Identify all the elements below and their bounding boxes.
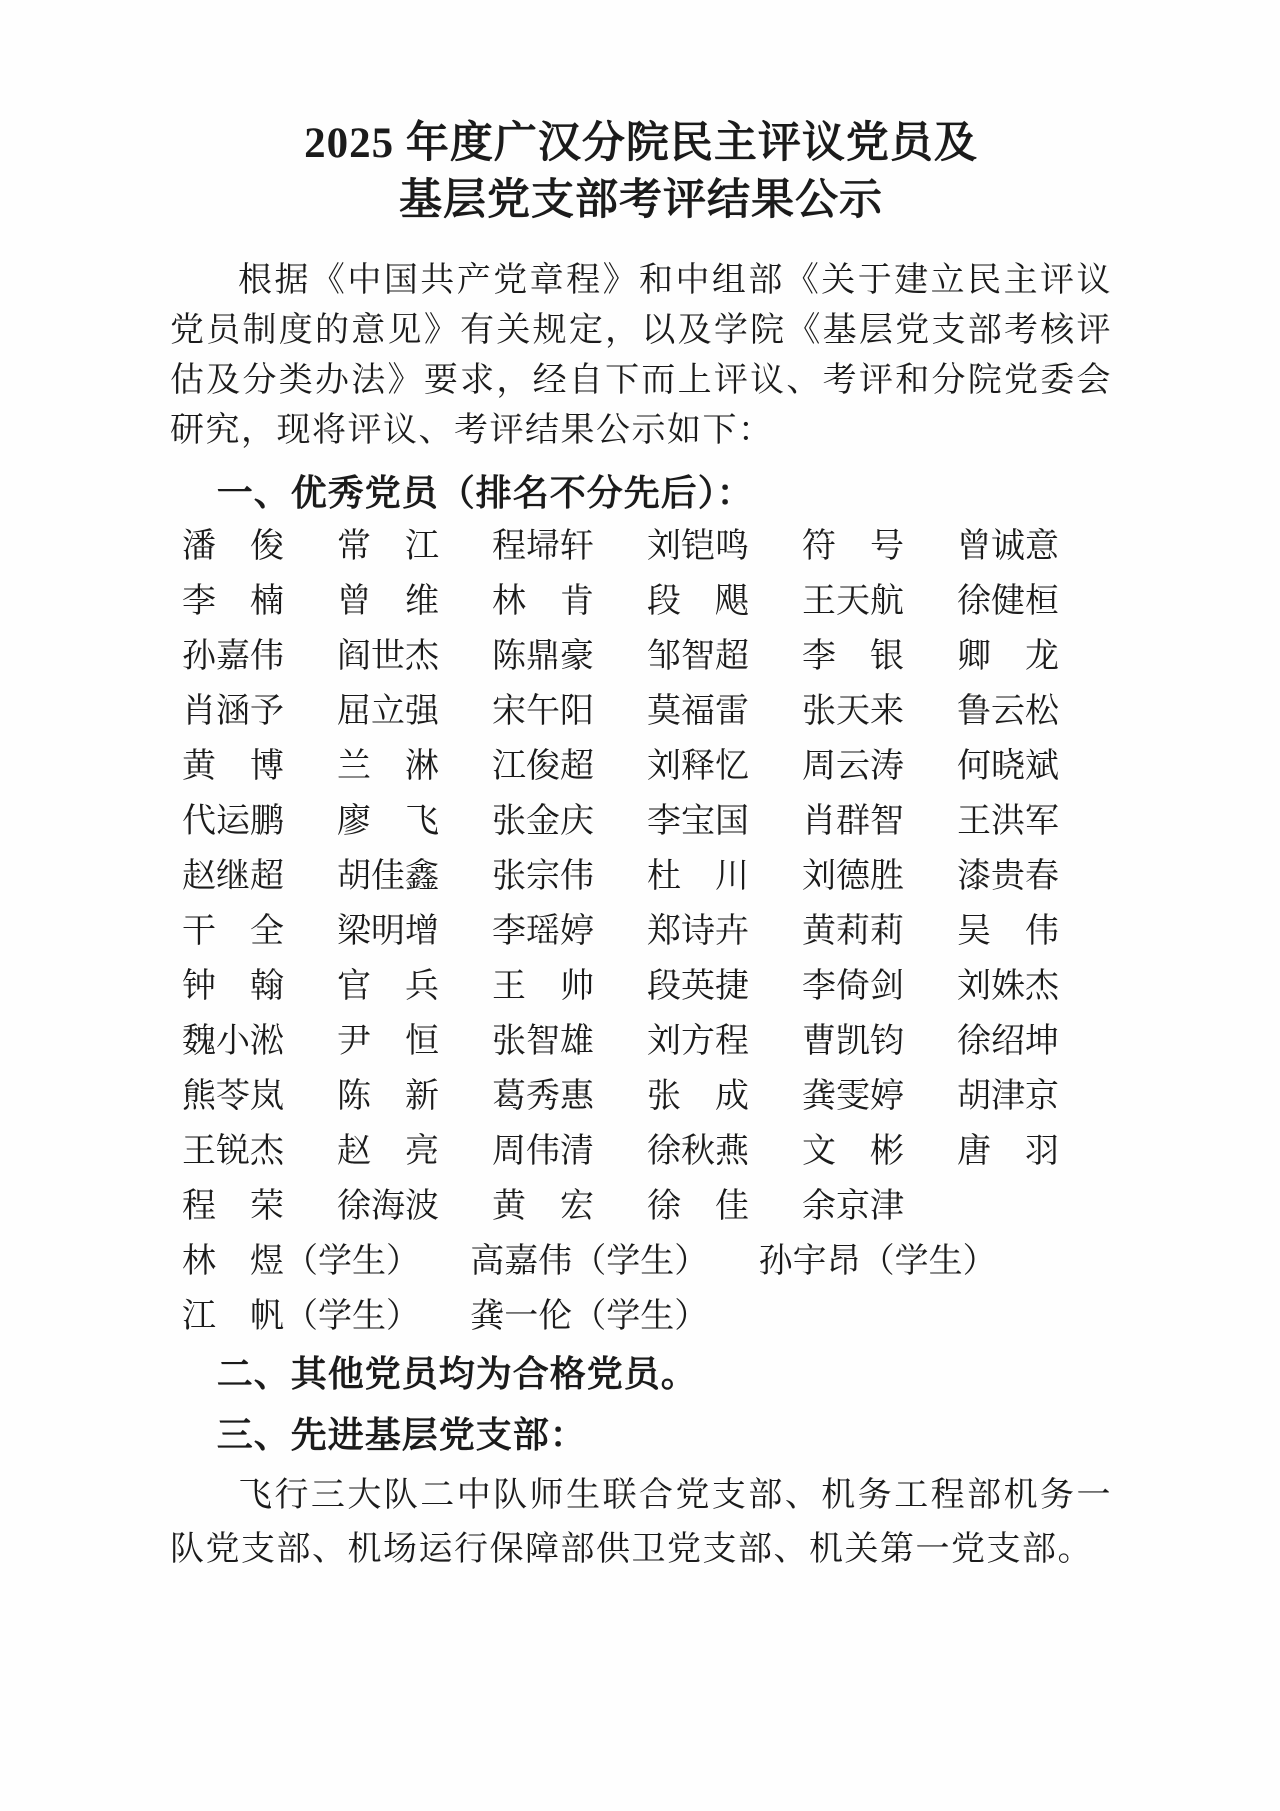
name-row: 肖涵予屈立强宋午阳莫福雷张天来鲁云松: [182, 691, 1112, 732]
member-name: 屈立强: [337, 691, 492, 732]
name-row: 赵继超胡佳鑫张宗伟杜 川刘德胜漆贵春: [182, 856, 1112, 897]
member-name: 莫福雷: [647, 691, 802, 732]
advanced-branches-paragraph: 飞行三大队二中队师生联合党支部、机务工程部机务一队党支部、机场运行保障部供卫党支…: [170, 1469, 1112, 1577]
member-name: 张天来: [802, 691, 957, 732]
member-name: 刘释忆: [647, 746, 802, 787]
member-name: 胡佳鑫: [337, 856, 492, 897]
name-row: 魏小淞尹 恒张智雄刘方程曹凯钧徐绍坤: [182, 1021, 1112, 1062]
member-name: 段 飓: [647, 581, 802, 622]
member-name: 干 全: [182, 911, 337, 952]
member-name: 熊苓岚: [182, 1076, 337, 1117]
member-name: 林 肯: [492, 581, 647, 622]
member-name: 黄 博: [182, 746, 337, 787]
member-name: 廖 飞: [337, 801, 492, 842]
member-name: 程埽轩: [492, 526, 647, 567]
member-name: 张智雄: [492, 1021, 647, 1062]
member-name: 赵 亮: [337, 1131, 492, 1172]
member-name: 魏小淞: [182, 1021, 337, 1062]
member-name: 徐健桓: [957, 581, 1112, 622]
member-name: 李瑶婷: [492, 911, 647, 952]
member-name: 郑诗卉: [647, 911, 802, 952]
member-name: 孙嘉伟: [182, 636, 337, 677]
member-name: 代运鹏: [182, 801, 337, 842]
member-name: 王洪军: [957, 801, 1112, 842]
member-name: 张 成: [647, 1076, 802, 1117]
member-name: 宋午阳: [492, 691, 647, 732]
member-name: 赵继超: [182, 856, 337, 897]
name-row: 李 楠曾 维林 肯段 飓王天航徐健桓: [182, 581, 1112, 622]
document-title: 2025 年度广汉分院民主评议党员及 基层党支部考评结果公示: [170, 116, 1112, 230]
intro-paragraph: 根据《中国共产党章程》和中组部《关于建立民主评议党员制度的意见》有关规定，以及学…: [170, 256, 1112, 456]
name-row: 熊苓岚陈 新葛秀惠张 成龚雯婷胡津京: [182, 1076, 1112, 1117]
member-name: 林 煜（学生）: [182, 1241, 470, 1282]
name-row: 王锐杰赵 亮周伟清徐秋燕文 彬唐 羽: [182, 1131, 1112, 1172]
member-name: 王 帅: [492, 966, 647, 1007]
member-name: 刘方程: [647, 1021, 802, 1062]
name-row: 干 全梁明增李瑶婷郑诗卉黄莉莉吴 伟: [182, 911, 1112, 952]
member-name: 文 彬: [802, 1131, 957, 1172]
name-row: 孙嘉伟阎世杰陈鼎豪邹智超李 银卿 龙: [182, 636, 1112, 677]
member-name: 曾 维: [337, 581, 492, 622]
member-name: 余京津: [802, 1186, 957, 1227]
name-row: 潘 俊常 江程埽轩刘铠鸣符 号曾诚意: [182, 526, 1112, 567]
member-name: 陈 新: [337, 1076, 492, 1117]
member-name: 王锐杰: [182, 1131, 337, 1172]
name-row: 钟 翰官 兵王 帅段英捷李倚剑刘姝杰: [182, 966, 1112, 1007]
member-name: 潘 俊: [182, 526, 337, 567]
member-name: 鲁云松: [957, 691, 1112, 732]
name-row: 黄 博兰 淋江俊超刘释忆周云涛何晓斌: [182, 746, 1112, 787]
name-row: 程 荣徐海波黄 宏徐 佳余京津: [182, 1186, 1112, 1227]
member-name: 刘铠鸣: [647, 526, 802, 567]
member-name: 王天航: [802, 581, 957, 622]
member-name: 梁明增: [337, 911, 492, 952]
member-name: 肖涵予: [182, 691, 337, 732]
member-name: 葛秀惠: [492, 1076, 647, 1117]
member-name: 卿 龙: [957, 636, 1112, 677]
member-name: 刘德胜: [802, 856, 957, 897]
member-name: 黄 宏: [492, 1186, 647, 1227]
section-qualified-heading: 二、其他党员均为合格党员。: [170, 1351, 1112, 1398]
member-name: 江俊超: [492, 746, 647, 787]
name-row: 林 煜（学生）高嘉伟（学生）孙宇昂（学生）: [182, 1241, 1112, 1282]
member-name: 曹凯钧: [802, 1021, 957, 1062]
member-name: 李倚剑: [802, 966, 957, 1007]
document-page: 2025 年度广汉分院民主评议党员及 基层党支部考评结果公示 根据《中国共产党章…: [0, 0, 1280, 1811]
name-row: 江 帆（学生）龚一伦（学生）: [182, 1296, 1112, 1337]
member-name: 李 银: [802, 636, 957, 677]
member-name: 黄莉莉: [802, 911, 957, 952]
member-name: 兰 淋: [337, 746, 492, 787]
member-name: 邹智超: [647, 636, 802, 677]
member-name: 徐海波: [337, 1186, 492, 1227]
member-name: 官 兵: [337, 966, 492, 1007]
member-name: 刘姝杰: [957, 966, 1112, 1007]
member-name: 孙宇昂（学生）: [759, 1241, 1112, 1282]
member-name: 胡津京: [957, 1076, 1112, 1117]
title-line-1: 2025 年度广汉分院民主评议党员及: [304, 120, 978, 167]
member-name: 陈鼎豪: [492, 636, 647, 677]
excellent-members-list: 潘 俊常 江程埽轩刘铠鸣符 号曾诚意李 楠曾 维林 肯段 飓王天航徐健桓孙嘉伟阎…: [182, 526, 1112, 1337]
member-name: 周云涛: [802, 746, 957, 787]
title-line-2: 基层党支部考评结果公示: [399, 177, 883, 224]
member-name: 龚一伦（学生）: [470, 1296, 758, 1337]
member-name: 张金庆: [492, 801, 647, 842]
section-excellent-heading: 一、优秀党员（排名不分先后）：: [170, 470, 1112, 517]
member-name: 漆贵春: [957, 856, 1112, 897]
member-name: 曾诚意: [957, 526, 1112, 567]
member-name: 符 号: [802, 526, 957, 567]
section-branches-heading: 三、先进基层党支部：: [170, 1412, 1112, 1459]
member-name: 程 荣: [182, 1186, 337, 1227]
member-name: 常 江: [337, 526, 492, 567]
member-name: 徐 佳: [647, 1186, 802, 1227]
member-name: 钟 翰: [182, 966, 337, 1007]
member-name: 吴 伟: [957, 911, 1112, 952]
member-name: 李 楠: [182, 581, 337, 622]
name-row: 代运鹏廖 飞张金庆李宝国肖群智王洪军: [182, 801, 1112, 842]
member-name: 徐秋燕: [647, 1131, 802, 1172]
member-name: 周伟清: [492, 1131, 647, 1172]
member-name: 龚雯婷: [802, 1076, 957, 1117]
member-name: 阎世杰: [337, 636, 492, 677]
member-name: 江 帆（学生）: [182, 1296, 470, 1337]
member-name: 徐绍坤: [957, 1021, 1112, 1062]
member-name: 何晓斌: [957, 746, 1112, 787]
member-name: 唐 羽: [957, 1131, 1112, 1172]
member-name: 李宝国: [647, 801, 802, 842]
member-name: 杜 川: [647, 856, 802, 897]
member-name: 张宗伟: [492, 856, 647, 897]
member-name: 段英捷: [647, 966, 802, 1007]
member-name: 高嘉伟（学生）: [470, 1241, 758, 1282]
member-name: 肖群智: [802, 801, 957, 842]
member-name: 尹 恒: [337, 1021, 492, 1062]
